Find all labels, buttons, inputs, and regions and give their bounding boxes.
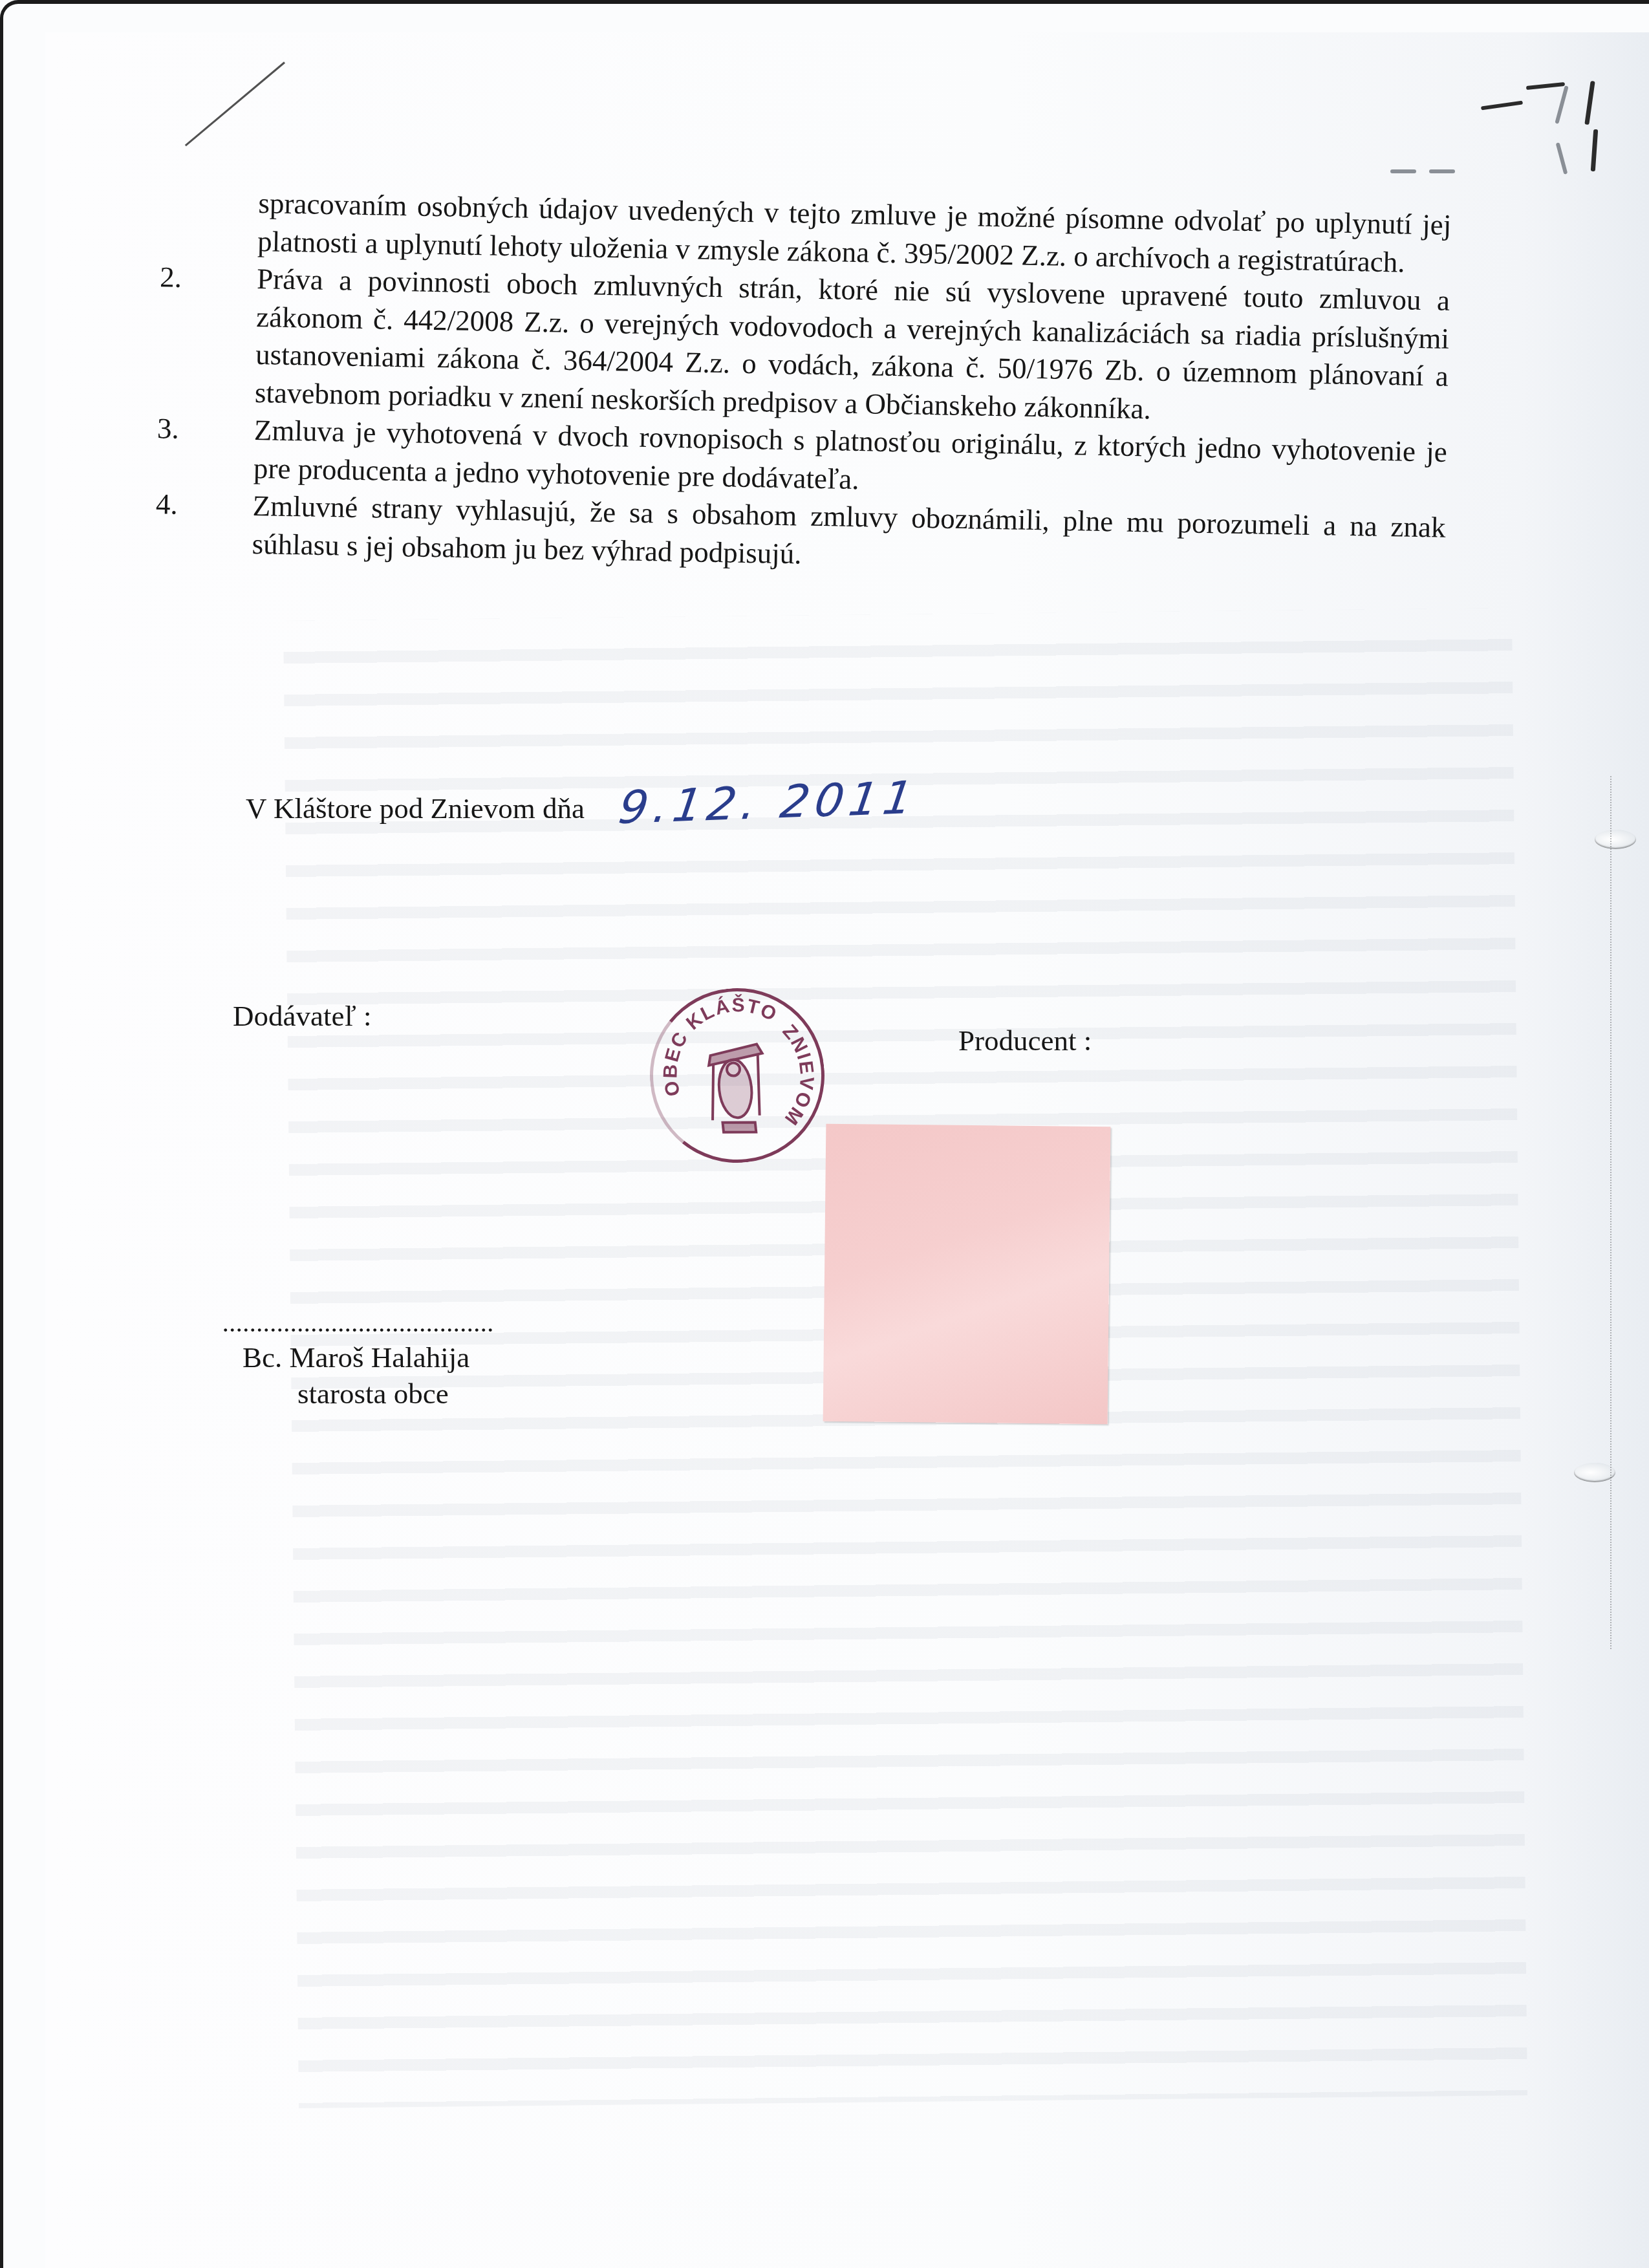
clause-number: 3. [156, 409, 254, 487]
clause-2: 2. Práva a povinnosti oboch zmluvných st… [255, 260, 1450, 433]
signatory-name: Bc. Maroš Halahija [242, 1339, 495, 1376]
margin-dots [1610, 776, 1611, 1649]
producer-label: Producent : [958, 1024, 1092, 1057]
staple-icon [1390, 169, 1416, 173]
clause-number: 4. [155, 485, 253, 563]
supplier-label: Dodávateľ : [233, 999, 371, 1033]
supplier-signature-block: ........................................… [223, 1316, 495, 1412]
place-line: V Kláštore pod Znievom dňa [246, 792, 585, 825]
svg-text:ZNIEVOM: ZNIEVOM [770, 1019, 823, 1131]
contract-body: spracovaním osobných údajov uvedených v … [252, 184, 1451, 585]
sticky-note-redaction [823, 1124, 1111, 1425]
punch-hole-icon [1574, 1463, 1615, 1482]
signatory-title: starosta obce [297, 1376, 495, 1412]
staple-icon [1429, 169, 1455, 173]
clause-text: Práva a povinnosti oboch zmluvných strán… [255, 260, 1450, 433]
clause-number: 2. [158, 258, 257, 411]
punch-hole-icon [1595, 830, 1636, 849]
stamp-emblem-icon: OBEC KLÁŠTOR pod ZNIEVOM [645, 983, 830, 1168]
stamp-text-top: OBEC KLÁŠTOR pod [645, 983, 789, 1100]
stamp-text-right: ZNIEVOM [770, 1019, 823, 1131]
signature-line: ........................................ [223, 1316, 495, 1335]
svg-text:OBEC KLÁŠTOR pod: OBEC KLÁŠTOR pod [645, 983, 789, 1100]
handwritten-date: 9.12. 2011 [616, 771, 921, 834]
official-stamp: OBEC KLÁŠTOR pod ZNIEVOM [641, 980, 834, 1172]
place-and-date: V Kláštore pod Znievom dňa 9.12. 2011 [246, 776, 917, 829]
